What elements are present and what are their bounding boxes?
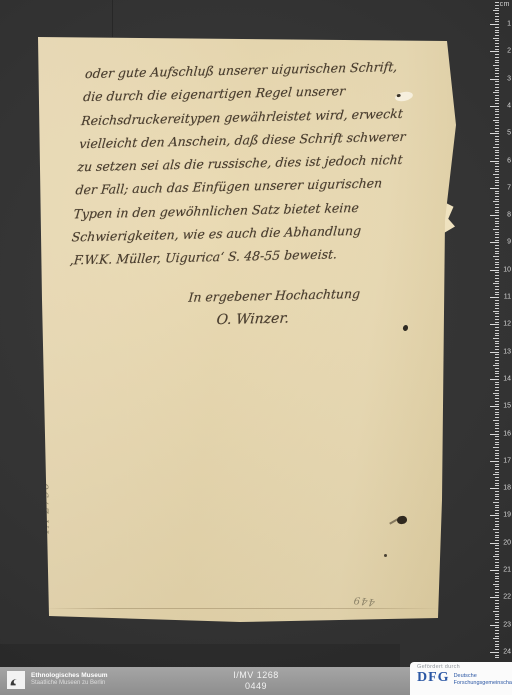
ruler-tick [490, 324, 499, 325]
ruler-tick [493, 229, 499, 230]
ruler-tick [490, 270, 499, 271]
ruler-tick [495, 532, 499, 533]
backdrop-seam [112, 0, 113, 37]
ruler-tick [495, 122, 499, 123]
ruler-tick [495, 32, 499, 33]
ruler-tick [495, 207, 499, 208]
ruler-tick [495, 171, 499, 172]
museum-name: Ethnologisches Museum [31, 672, 108, 680]
ruler-tick [495, 117, 499, 118]
document-page: oder gute Aufschluß unserer uigurischen … [30, 30, 460, 625]
ruler-tick [495, 354, 499, 355]
ruler-tick [495, 425, 499, 426]
ruler-tick [495, 630, 499, 631]
ruler-number: 3 [499, 75, 511, 82]
ruler-tick [495, 578, 499, 579]
ruler-tick [495, 264, 499, 265]
ruler-tick [493, 283, 499, 284]
ruler-tick [495, 125, 499, 126]
ruler-number: 2 [499, 48, 511, 55]
ruler-tick [495, 191, 499, 192]
ruler-tick [495, 499, 499, 500]
ruler-tick [495, 305, 499, 306]
handwriting-lines: oder gute Aufschluß unserer uigurischen … [69, 53, 468, 272]
ruler-number: 6 [499, 157, 511, 164]
museum-text: Ethnologisches Museum Staatliche Museen … [31, 672, 108, 688]
ruler-tick [495, 300, 499, 301]
ruler-tick [495, 627, 499, 628]
ruler-tick [495, 272, 499, 273]
ruler-tick [495, 313, 499, 314]
ruler-tick [495, 469, 499, 470]
ruler-tick [495, 417, 499, 418]
ruler-tick [495, 491, 499, 492]
ruler-tick [490, 242, 499, 243]
letter-closing: In ergebener Hochachtung [188, 280, 450, 309]
ruler-tick [495, 496, 499, 497]
letter-signature: O. Winzer. [216, 307, 447, 328]
ruler-number: 10 [499, 266, 511, 273]
ruler-tick [495, 251, 499, 252]
ruler-tick [495, 199, 499, 200]
ruler-number: 15 [499, 403, 511, 410]
ruler-tick [495, 608, 499, 609]
ruler-tick [495, 275, 499, 276]
ruler-tick [495, 616, 499, 617]
ruler-tick [493, 311, 499, 312]
ruler-number: 17 [499, 457, 511, 464]
ruler-tick [495, 278, 499, 279]
ruler-tick [495, 98, 499, 99]
ruler-tick [495, 316, 499, 317]
ruler-tick [495, 412, 499, 413]
inventory-number: I/MV 1268 [233, 670, 279, 681]
ruler-tick [495, 537, 499, 538]
ruler-tick [495, 521, 499, 522]
ruler: cm 1234567891011121314151617181920212223… [484, 0, 512, 664]
ruler-tick [490, 51, 499, 52]
ruler-number: 12 [499, 321, 511, 328]
ruler-tick [495, 109, 499, 110]
ruler-tick [493, 174, 499, 175]
ruler-tick [493, 365, 499, 366]
ruler-number: 13 [499, 348, 511, 355]
ruler-tick [495, 27, 499, 28]
ruler-tick [495, 477, 499, 478]
ruler-tick [495, 319, 499, 320]
ruler-tick [495, 480, 499, 481]
ruler-tick [495, 100, 499, 101]
ruler-tick [495, 398, 499, 399]
ruler-tick [495, 182, 499, 183]
ruler-tick [493, 393, 499, 394]
ruler-tick [495, 368, 499, 369]
ruler-tick [493, 92, 499, 93]
ruler-tick [490, 543, 499, 544]
ruler-tick [495, 262, 499, 263]
paper-damage-speck [396, 94, 401, 98]
ruler-number: 19 [499, 512, 511, 519]
ruler-tick [495, 505, 499, 506]
ruler-tick [495, 646, 499, 647]
ruler-tick [495, 259, 499, 260]
ruler-tick [495, 573, 499, 574]
ruler-tick [495, 494, 499, 495]
ruler-tick [490, 379, 499, 380]
ruler-number: 11 [499, 294, 511, 301]
ruler-tick [495, 551, 499, 552]
ruler-tick [495, 562, 499, 563]
footer-bar: Ethnologisches Museum Staatliche Museen … [0, 667, 512, 695]
dfg-logo-icon: DFG [417, 671, 450, 685]
ruler-tick [490, 625, 499, 626]
ruler-tick [490, 461, 499, 462]
ruler-tick [495, 223, 499, 224]
ruler-tick [495, 289, 499, 290]
ruler-tick [495, 524, 499, 525]
ruler-tick [495, 559, 499, 560]
ruler-number: 4 [499, 102, 511, 109]
ruler-tick [493, 638, 499, 639]
ruler-tick [495, 409, 499, 410]
ruler-tick [495, 371, 499, 372]
ruler-tick [495, 636, 499, 637]
ruler-tick [495, 382, 499, 383]
ruler-tick [490, 515, 499, 516]
ruler-tick [495, 466, 499, 467]
ruler-tick [495, 633, 499, 634]
smb-museum-logo-icon [7, 671, 25, 689]
ruler-tick [495, 327, 499, 328]
ruler-tick [495, 84, 499, 85]
ruler-tick [495, 237, 499, 238]
ruler-tick [495, 234, 499, 235]
ruler-tick [493, 38, 499, 39]
dfg-org-name: Deutsche Forschungsgemeinschaft [454, 673, 512, 687]
ruler-tick [490, 652, 499, 653]
ruler-tick [495, 518, 499, 519]
ruler-number: 21 [499, 567, 511, 574]
ruler-tick [495, 35, 499, 36]
ruler-tick [495, 95, 499, 96]
ruler-tick [495, 281, 499, 282]
ruler-tick [495, 286, 499, 287]
ruler-tick [495, 592, 499, 593]
ruler-tick [495, 70, 499, 71]
ruler-tick [495, 40, 499, 41]
ruler-tick [495, 19, 499, 20]
ruler-tick [495, 453, 499, 454]
ruler-tick [495, 114, 499, 115]
ruler-tick [490, 488, 499, 489]
ruler-tick [490, 24, 499, 25]
ruler-tick [495, 444, 499, 445]
ruler-tick [495, 341, 499, 342]
ruler-tick [495, 401, 499, 402]
ruler-tick [495, 13, 499, 14]
ruler-tick [495, 46, 499, 47]
ruler-tick [495, 253, 499, 254]
ruler-tick [495, 204, 499, 205]
ruler-number: 1 [499, 21, 511, 28]
ruler-tick [495, 387, 499, 388]
paper-hole [402, 324, 409, 331]
ruler-tick [495, 139, 499, 140]
ruler-tick [495, 68, 499, 69]
ruler-tick [495, 603, 499, 604]
ruler-tick [493, 120, 499, 121]
ruler-tick [495, 436, 499, 437]
ruler-tick [490, 597, 499, 598]
ruler-tick [495, 384, 499, 385]
paper-fold-crease [42, 608, 442, 609]
ruler-tick [490, 406, 499, 407]
ruler-tick [490, 352, 499, 353]
ruler-tick [495, 177, 499, 178]
ruler-tick [495, 330, 499, 331]
museum-branding: Ethnologisches Museum Staatliche Museen … [7, 671, 108, 689]
ruler-tick [495, 619, 499, 620]
ruler-tick [495, 346, 499, 347]
ruler-tick [495, 16, 499, 17]
ruler-tick [495, 483, 499, 484]
ruler-tick [493, 556, 499, 557]
ruler-number: 8 [499, 212, 511, 219]
ruler-tick [495, 554, 499, 555]
ruler-number: 7 [499, 184, 511, 191]
ruler-tick [495, 655, 499, 656]
ruler-tick [495, 141, 499, 142]
paper-hole-mark [389, 518, 398, 524]
ruler-tick [495, 455, 499, 456]
ruler-number: 14 [499, 375, 511, 382]
ruler-tick [495, 472, 499, 473]
ruler-tick [495, 111, 499, 112]
ruler-tick [490, 161, 499, 162]
ruler-tick [493, 502, 499, 503]
ruler-tick [493, 338, 499, 339]
ruler-tick [495, 363, 499, 364]
ruler-tick [495, 600, 499, 601]
ruler-tick [495, 641, 499, 642]
ruler-tick [495, 586, 499, 587]
dfg-funding-badge: Gefördert durch DFG Deutsche Forschungsg… [410, 662, 512, 695]
ruler-tick [495, 657, 499, 658]
ruler-tick [493, 584, 499, 585]
ruler-tick [495, 333, 499, 334]
ruler-tick [493, 65, 499, 66]
ruler-tick [495, 152, 499, 153]
ruler-tick [495, 155, 499, 156]
ruler-tick [490, 215, 499, 216]
ruler-tick [495, 43, 499, 44]
ruler-tick [495, 166, 499, 167]
ruler-tick [495, 335, 499, 336]
ruler-tick [495, 303, 499, 304]
ruler-tick [495, 193, 499, 194]
ruler-tick [495, 221, 499, 222]
ruler-tick [493, 147, 499, 148]
ruler-tick [495, 510, 499, 511]
ruler-tick [495, 292, 499, 293]
ruler-tick [495, 450, 499, 451]
ruler-number: 9 [499, 239, 511, 246]
ruler-number: 16 [499, 430, 511, 437]
ruler-tick [495, 373, 499, 374]
ruler-unit-label: cm [500, 1, 510, 8]
ruler-tick [495, 308, 499, 309]
ruler-tick [495, 439, 499, 440]
ruler-tick [495, 87, 499, 88]
ruler-tick [495, 442, 499, 443]
ruler-tick [495, 581, 499, 582]
ruler-tick [490, 297, 499, 298]
paper-hole [396, 515, 407, 525]
ruler-tick [495, 136, 499, 137]
ruler-tick [495, 218, 499, 219]
ruler-tick [495, 60, 499, 61]
ruler-tick [495, 196, 499, 197]
ruler-tick [493, 611, 499, 612]
ruler-tick [490, 188, 499, 189]
ruler-tick [495, 169, 499, 170]
ruler-tick [495, 90, 499, 91]
dfg-logo-row: DFG Deutsche Forschungsgemeinschaft [417, 671, 508, 687]
pencil-annotation-corner: 449 [334, 592, 375, 608]
ruler-tick [493, 256, 499, 257]
ruler-tick [495, 464, 499, 465]
ruler-tick [495, 2, 499, 3]
ruler-tick [495, 589, 499, 590]
ruler-tick [493, 420, 499, 421]
ruler-tick [495, 428, 499, 429]
ruler-tick [495, 144, 499, 145]
ruler-tick [495, 606, 499, 607]
ruler-tick [495, 180, 499, 181]
ruler-tick [490, 79, 499, 80]
ruler-tick [493, 201, 499, 202]
backdrop-shade [0, 644, 400, 667]
ruler-tick [495, 5, 499, 6]
ruler-tick [493, 10, 499, 11]
ruler-tick [495, 232, 499, 233]
ruler-tick [495, 226, 499, 227]
ruler-tick [490, 106, 499, 107]
ruler-tick [495, 54, 499, 55]
ruler-tick [495, 565, 499, 566]
ruler-number: 5 [499, 130, 511, 137]
ruler-tick [495, 526, 499, 527]
ruler-tick [493, 529, 499, 530]
ruler-tick [495, 576, 499, 577]
ruler-tick [495, 545, 499, 546]
ruler-tick [490, 133, 499, 134]
ruler-number: 20 [499, 539, 511, 546]
ruler-tick [495, 414, 499, 415]
ruler-number: 18 [499, 485, 511, 492]
ruler-tick [495, 535, 499, 536]
ruler-number: 24 [499, 648, 511, 655]
ruler-tick [495, 548, 499, 549]
ruler-tick [490, 570, 499, 571]
ruler-tick [495, 62, 499, 63]
ruler-tick [495, 614, 499, 615]
ruler-tick [495, 248, 499, 249]
ruler-tick [490, 434, 499, 435]
inventory-reference: I/MV 1268 0449 [233, 670, 279, 692]
image-number: 0449 [233, 681, 279, 692]
ruler-tick [495, 360, 499, 361]
ruler-tick [495, 210, 499, 211]
ruler-tick [495, 73, 499, 74]
ruler-tick [495, 57, 499, 58]
ruler-tick [495, 245, 499, 246]
ruler-tick [495, 150, 499, 151]
ruler-number: 23 [499, 621, 511, 628]
ruler-tick [495, 395, 499, 396]
paper-speck [384, 554, 387, 557]
ruler-tick [495, 81, 499, 82]
ruler-tick [495, 644, 499, 645]
ruler-tick [495, 423, 499, 424]
ruler-tick [495, 128, 499, 129]
ruler-tick [493, 474, 499, 475]
ruler-tick [495, 507, 499, 508]
ruler-number: 22 [499, 594, 511, 601]
ruler-tick [495, 163, 499, 164]
ruler-tick [493, 447, 499, 448]
museum-org: Staatliche Museen zu Berlin [31, 680, 108, 688]
ruler-tick [495, 390, 499, 391]
ruler-tick [495, 8, 499, 9]
ruler-tick [495, 357, 499, 358]
ruler-tick [495, 30, 499, 31]
ruler-tick [495, 343, 499, 344]
